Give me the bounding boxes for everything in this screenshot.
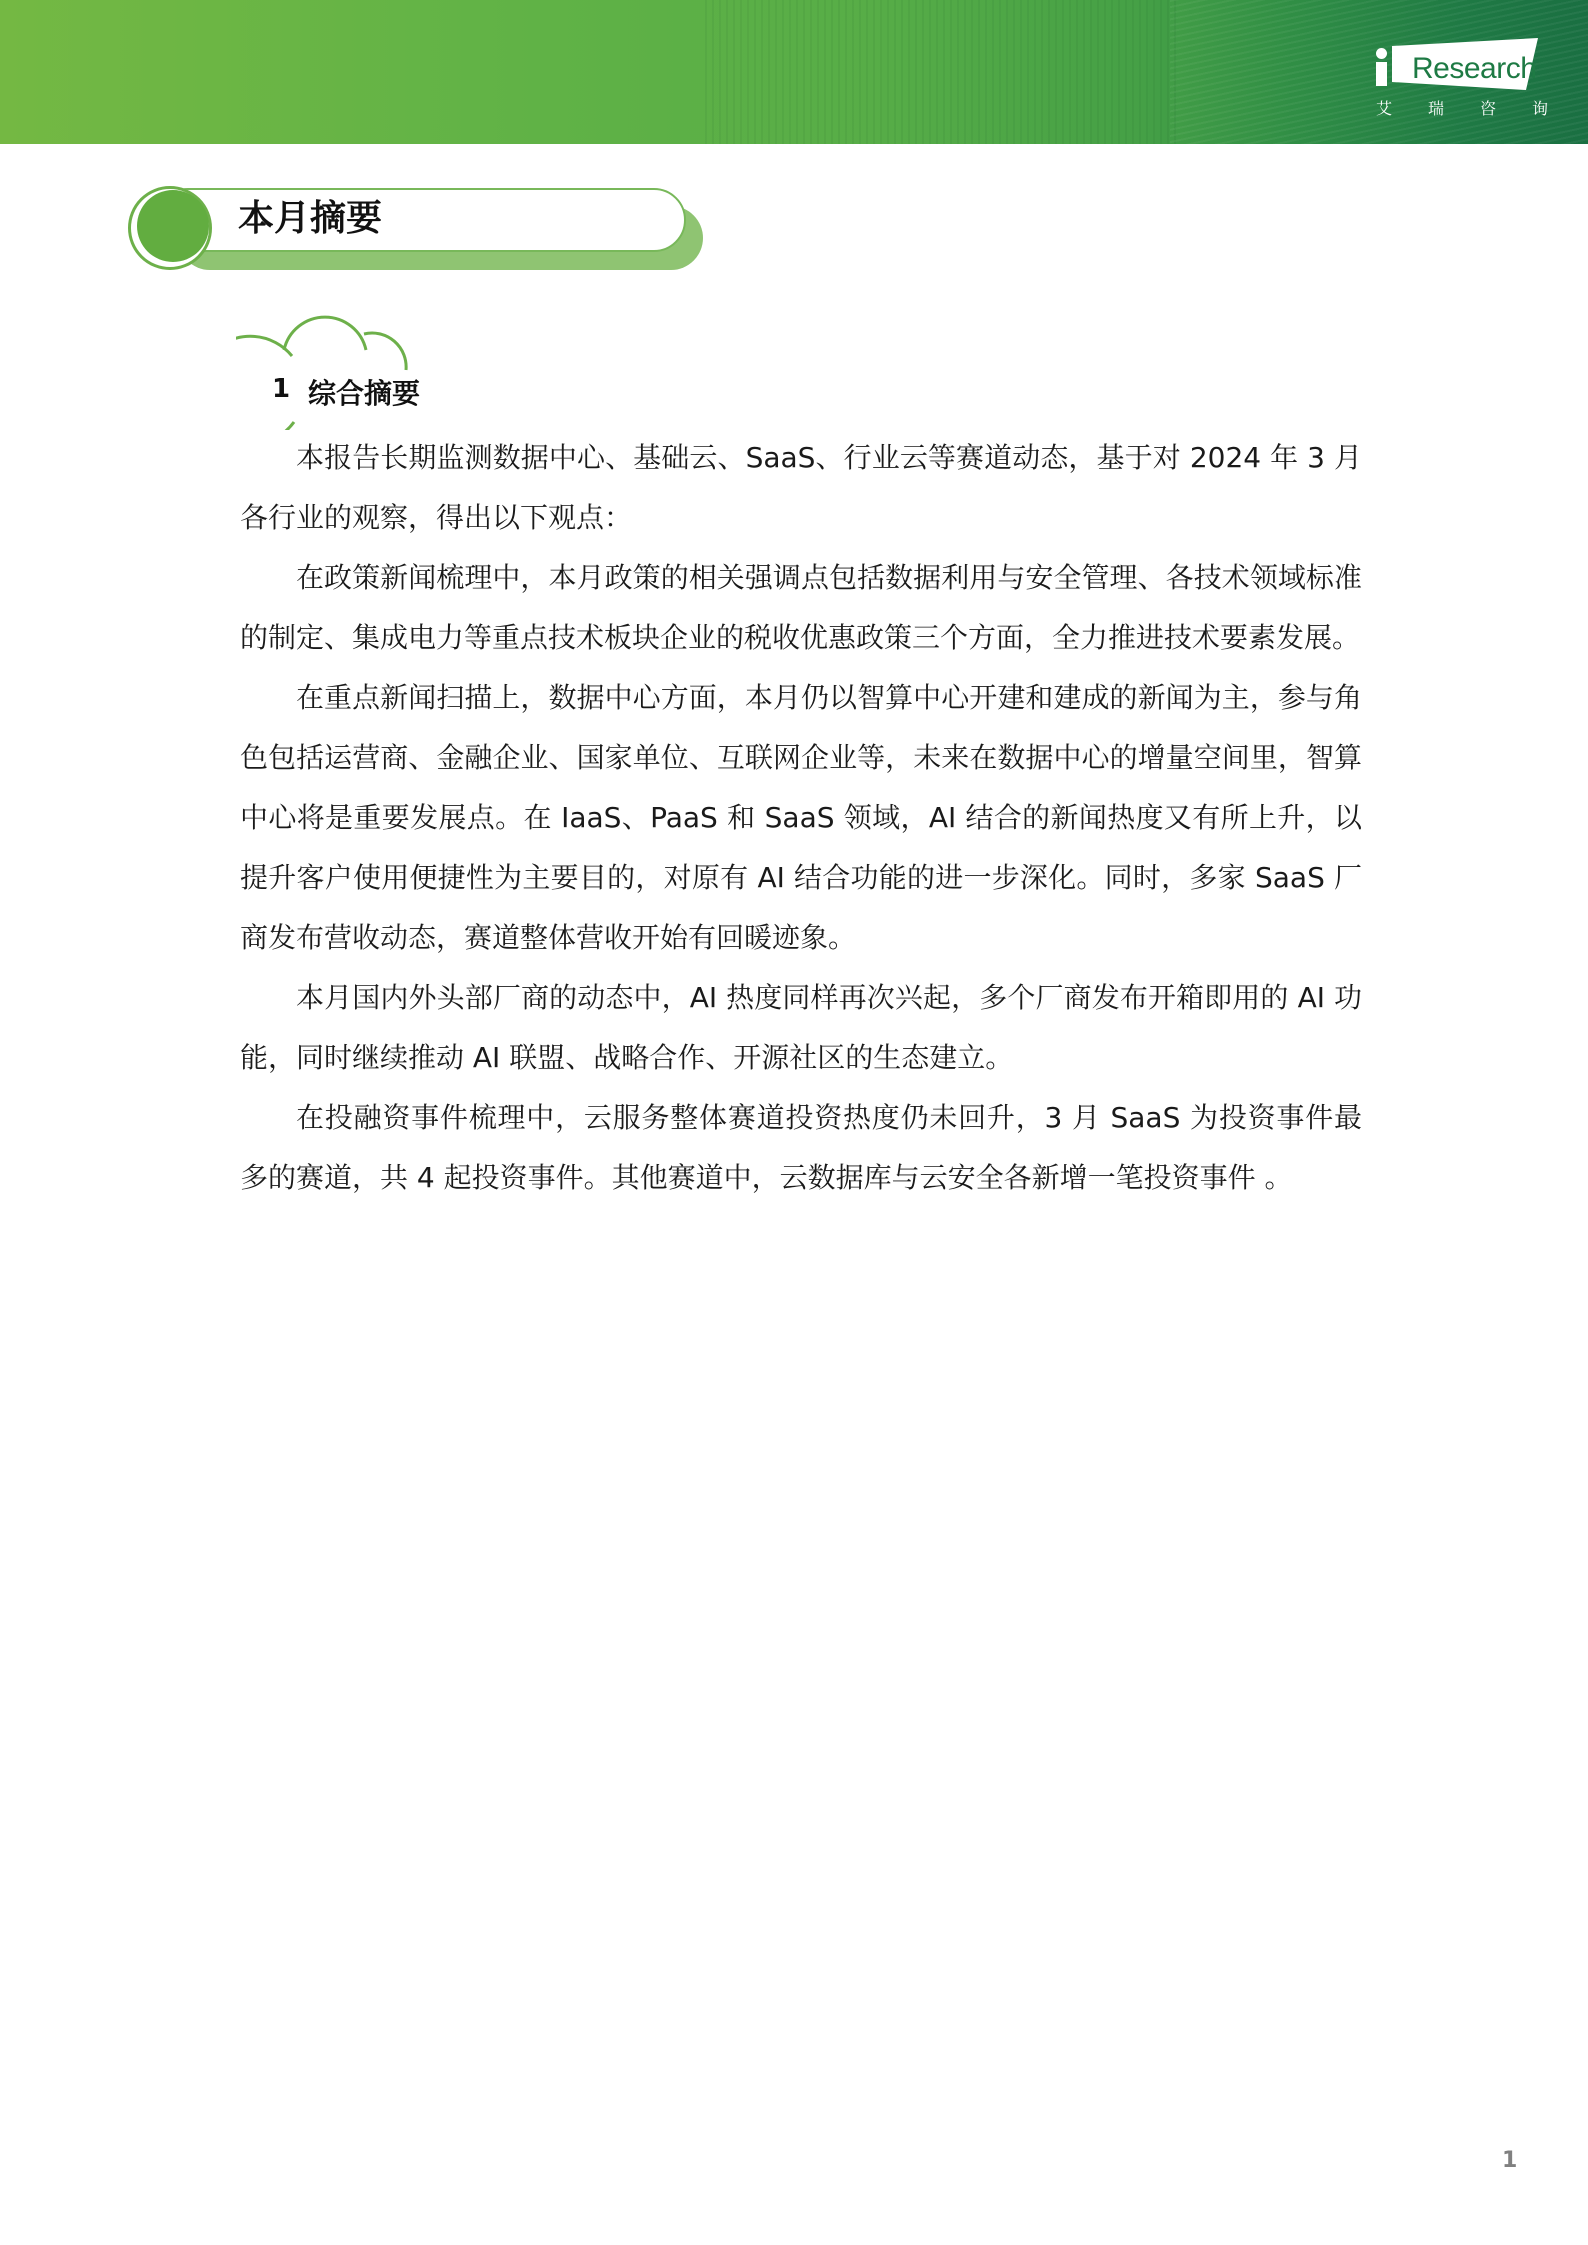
logo-i-dot (1376, 48, 1387, 59)
logo-i-bar (1376, 62, 1387, 86)
page-number: 1 (1502, 2148, 1517, 2173)
section-title: 本月摘要 (238, 196, 382, 242)
paragraph-vendors: 本月国内外头部厂商的动态中，AI 热度同样再次兴起，多个厂商发布开箱即用的 AI… (240, 968, 1362, 1088)
banner-stripes (700, 0, 1180, 144)
subsection-number: 1 (272, 374, 290, 404)
paragraph-policy: 在政策新闻梳理中，本月政策的相关强调点包括数据利用与安全管理、各技术领域标准的制… (240, 548, 1362, 668)
iresearch-logo: Research 艾 瑞 咨 询 (1372, 30, 1552, 126)
subsection-heading: 1 综合摘要 (236, 300, 476, 430)
header-banner: Research 艾 瑞 咨 询 (0, 0, 1588, 144)
summary-body: 本报告长期监测数据中心、基础云、SaaS、行业云等赛道动态，基于对 2024 年… (240, 428, 1362, 1208)
logo-cn-char: 咨 (1480, 96, 1496, 119)
paragraph-news: 在重点新闻扫描上，数据中心方面，本月仍以智算中心开建和建成的新闻为主，参与角色包… (240, 668, 1362, 968)
logo-wordmark: Research (1412, 52, 1536, 86)
logo-cn-char: 艾 (1376, 96, 1392, 119)
paragraph-intro: 本报告长期监测数据中心、基础云、SaaS、行业云等赛道动态，基于对 2024 年… (240, 428, 1362, 548)
logo-cn-name: 艾 瑞 咨 询 (1376, 96, 1548, 119)
logo-cn-char: 瑞 (1428, 96, 1444, 119)
logo-cn-char: 询 (1532, 96, 1548, 119)
title-pill (156, 188, 686, 252)
logo-plate: Research (1390, 36, 1540, 92)
subsection-title: 综合摘要 (308, 372, 420, 412)
section-title-banner: 本月摘要 (128, 186, 708, 276)
title-circle-disc-icon (137, 190, 209, 262)
paragraph-investment: 在投融资事件梳理中，云服务整体赛道投资热度仍未回升，3 月 SaaS 为投资事件… (240, 1088, 1362, 1208)
